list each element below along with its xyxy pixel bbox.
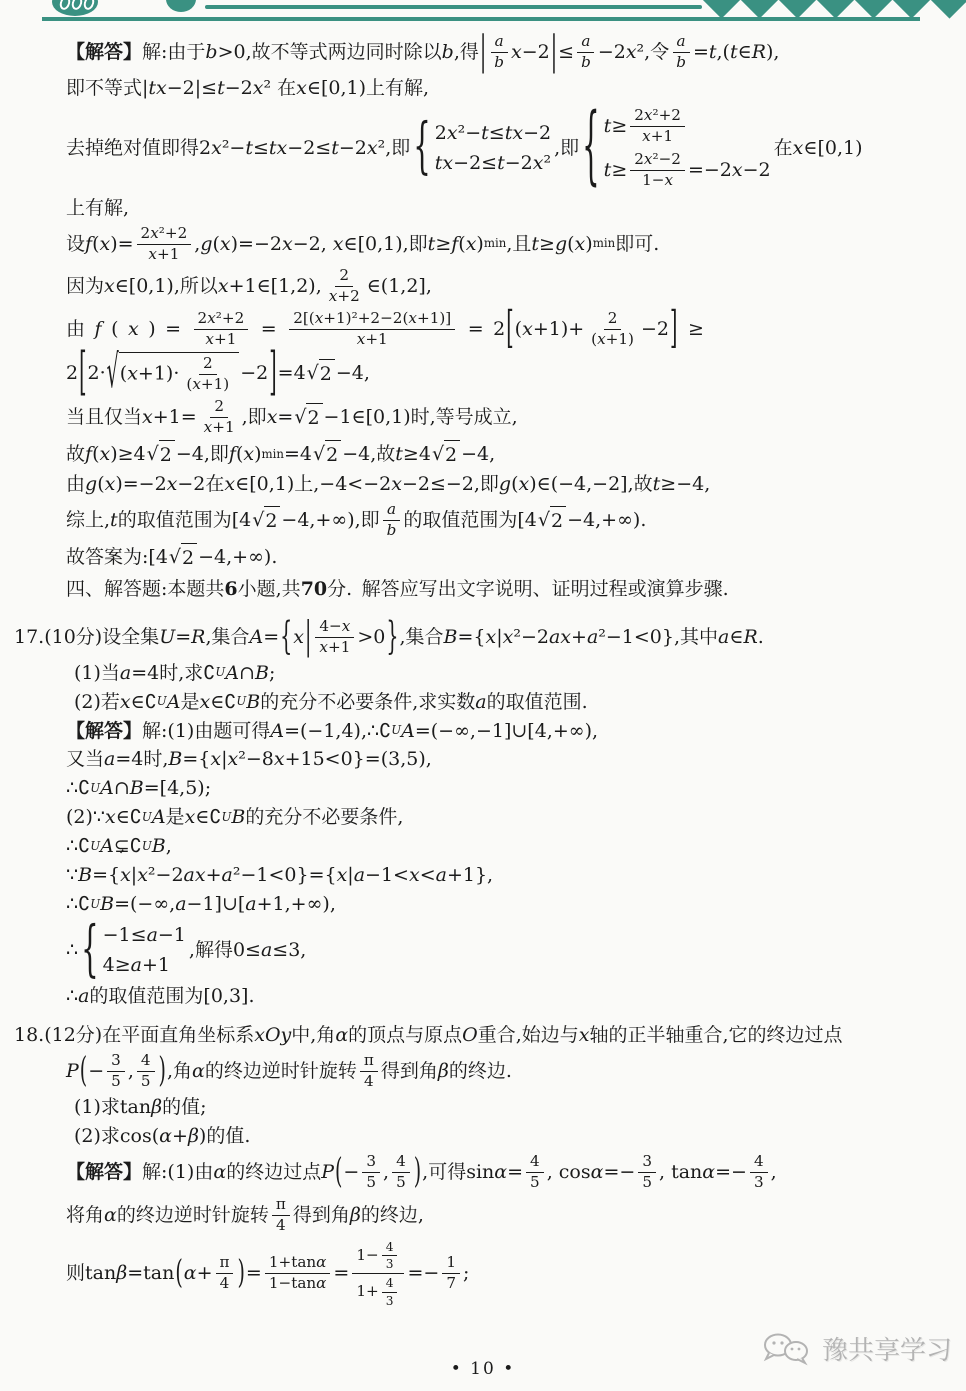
fraction: 17 — [442, 1254, 460, 1293]
long-rule-line — [42, 17, 920, 21]
stretchy-delimiter: ] — [269, 348, 276, 399]
stretchy-delimiter: ) — [237, 1258, 244, 1290]
diamond-icon — [930, 0, 966, 19]
fraction: ab — [577, 33, 595, 72]
text-line: 因为x∈[0,1),所以x+1∈[1,2),2x+2∈(1,2], — [0, 266, 966, 307]
stretchy-delimiter: { — [280, 618, 292, 656]
radical: √2 — [294, 403, 322, 432]
stretchy-delimiter: ) — [414, 1155, 421, 1189]
text-line: (2)求cos(α+β)的值. — [0, 1123, 966, 1150]
stretchy-delimiter: ( — [335, 1155, 342, 1189]
stretchy-delimiter: [ — [506, 308, 513, 352]
text-line: 故答案为:[4√2−4,+∞). — [0, 543, 966, 572]
text-line: 设f(x)=2x²+2x+1,g(x)=−2x−2, x∈[0,1),即t≥f(… — [0, 224, 966, 265]
text-line: 则tanβ=tan(α+π4)=1+tanα1−tanα=1−431+43=−1… — [0, 1238, 966, 1310]
fraction: π4 — [216, 1254, 234, 1293]
radical: √2 — [313, 440, 341, 469]
fraction: 45 — [526, 1153, 544, 1192]
fraction: 35 — [107, 1052, 125, 1091]
fraction: 2x²−21−x — [630, 151, 685, 190]
text-line: (2)若x∈∁UA是x∈∁UB的充分不必要条件,求实数a的取值范围. — [0, 689, 966, 716]
stretchy-delimiter: | — [305, 618, 311, 656]
text-line: (1)当a=4时,求∁UA∩B; — [0, 660, 966, 687]
text-line: 【解答】解:(1)由α的终边过点P(−35,45),可得sinα=45, cos… — [0, 1152, 966, 1193]
text-line: 【解答】解:(1)由题可得A=(−1,4),∴∁UA=(−∞,−1]∪[4,+∞… — [0, 718, 966, 745]
diamond-icon — [892, 0, 930, 19]
text-line: ∵B={x|x²−2ax+a²−1<0}={x|a−1<x<a+1}, — [0, 862, 966, 889]
diamond-icon — [816, 0, 854, 19]
stretchy-delimiter: ( — [175, 1258, 182, 1290]
text-line: 由 f ( x ) = 2x²+2x+1 = 2[(x+1)²+2−2(x+1)… — [0, 309, 966, 350]
stretchy-delimiter: ) — [159, 1054, 166, 1088]
fraction: ab — [383, 501, 401, 540]
fraction: 2(x+1) — [587, 310, 638, 349]
fraction: 45 — [137, 1052, 155, 1091]
fraction: 1+tanα1−tanα — [265, 1254, 331, 1293]
cases-brace-group: {−1≤a−14≥a+1 — [81, 922, 186, 979]
radical: √2 — [252, 506, 280, 535]
text-line: 去掉绝对值即得2x²−t≤tx−2≤t−2x²,即{2x²−t≤tx−2tx−2… — [0, 104, 966, 193]
fraction: 1−431+43 — [352, 1239, 404, 1309]
stretchy-delimiter: | — [551, 32, 557, 72]
text-line: P(−35,45),角α的终边逆时针旋转π4得到角β的终边. — [0, 1051, 966, 1092]
radical: √2 — [432, 440, 460, 469]
radical: √2 — [307, 359, 335, 388]
diamond-icon — [778, 0, 816, 19]
stretchy-delimiter: ] — [670, 308, 677, 352]
document-body: 【解答】解:由于b>0,故不等式两边同时除以b,得|abx−2|≤ab−2x²,… — [0, 32, 966, 1312]
text-line: ∴∁UB=(−∞,a−1]∪[a+1,+∞), — [0, 891, 966, 918]
fraction: π4 — [272, 1196, 290, 1235]
text-line: ∴a的取值范围为[0,3]. — [0, 983, 966, 1010]
text-line: (2)∵x∈∁UA是x∈∁UB的充分不必要条件, — [0, 804, 966, 831]
fraction: 2x+1 — [200, 398, 239, 437]
fraction: 2x²+2x+1 — [630, 107, 685, 146]
stretchy-delimiter: [ — [79, 348, 86, 399]
fraction: 2(x+1) — [182, 355, 233, 394]
stretchy-delimiter: ( — [80, 1054, 87, 1088]
text-line: 四、解答题:本题共6小题,共70分. 解答应写出文字说明、证明过程或演算步骤. — [0, 576, 966, 603]
diamond-icon — [740, 0, 778, 19]
fraction: 45 — [392, 1153, 410, 1192]
dot-icon — [166, 0, 196, 12]
fraction: 2x²+2x+1 — [137, 225, 192, 264]
text-line: 【解答】解:由于b>0,故不等式两边同时除以b,得|abx−2|≤ab−2x²,… — [0, 32, 966, 73]
text-line: 上有解, — [0, 195, 966, 222]
radical: √(x+1)·2(x+1) — [107, 352, 240, 395]
thin-rule-line — [205, 5, 702, 9]
cases-brace-group: {t≥2x²+2x+1t≥2x²−21−x=−2x−2 — [582, 106, 771, 191]
text-line: ∴∁UA⊊∁UB, — [0, 833, 966, 860]
fraction: ab — [490, 33, 508, 72]
stretchy-delimiter: } — [386, 618, 398, 656]
fraction: 2x²+2x+1 — [194, 310, 249, 349]
text-line: 当且仅当x+1=2x+1,即x=√2−1∈[0,1)时,等号成立, — [0, 397, 966, 438]
diamond-icon — [702, 0, 740, 19]
cases-brace-group: {2x²−t≤tx−2tx−2≤t−2x² — [413, 120, 551, 177]
fraction: 35 — [362, 1153, 380, 1192]
text-line: 即不等式|tx−2|≤t−2x² 在x∈[0,1)上有解, — [0, 75, 966, 102]
watermark-label: 豫共享学习 — [822, 1330, 952, 1367]
fraction: 43 — [750, 1153, 768, 1192]
radical: √2 — [169, 543, 197, 572]
stretchy-delimiter: | — [480, 32, 486, 72]
text-line: 2[2·√(x+1)·2(x+1)−2]=4√2−4, — [0, 352, 966, 395]
text-line: 17.(10分)设全集U=R,集合A={x|4−xx+1>0},集合B={x|x… — [0, 617, 966, 658]
radical: √2 — [538, 506, 566, 535]
fraction: 43 — [382, 1276, 398, 1308]
text-line: ∴∁UA∩B=[4,5); — [0, 775, 966, 802]
text-line: 故f(x)≥4√2−4,即f(x)min=4√2−4,故t≥4√2−4, — [0, 440, 966, 469]
logo-badge-icon — [52, 0, 98, 16]
text-line: 18.(12分)在平面直角坐标系xOy中,角α的顶点与原点O重合,始边与x轴的正… — [0, 1022, 966, 1049]
fraction: 2x+2 — [325, 267, 364, 306]
text-line: 又当a=4时,B={x|x²−8x+15<0}=(3,5), — [0, 746, 966, 773]
diamond-icon — [854, 0, 892, 19]
fraction: 4−xx+1 — [315, 618, 354, 657]
wechat-chat-bubbles-icon — [762, 1332, 814, 1366]
text-line: 综上,t的取值范围为[4√2−4,+∞),即ab的取值范围为[4√2−4,+∞)… — [0, 500, 966, 541]
fraction: 2[(x+1)²+2−2(x+1)]x+1 — [289, 310, 455, 349]
fraction: ab — [672, 33, 690, 72]
fraction: π4 — [360, 1052, 378, 1091]
fraction: 35 — [638, 1153, 656, 1192]
page-header-ornament — [0, 0, 966, 26]
radical: √2 — [147, 440, 175, 469]
text-line: (1)求tanβ的值; — [0, 1094, 966, 1121]
text-line: ∴{−1≤a−14≥a+1,解得0≤a≤3, — [0, 920, 966, 981]
text-line: 由g(x)=−2x−2在x∈[0,1)上,−4<−2x−2≤−2,即g(x)∈(… — [0, 471, 966, 498]
text-line: 将角α的终边逆时针旋转π4得到角β的终边, — [0, 1195, 966, 1236]
fraction: 43 — [382, 1240, 398, 1272]
watermark: 豫共享学习 — [762, 1330, 952, 1367]
